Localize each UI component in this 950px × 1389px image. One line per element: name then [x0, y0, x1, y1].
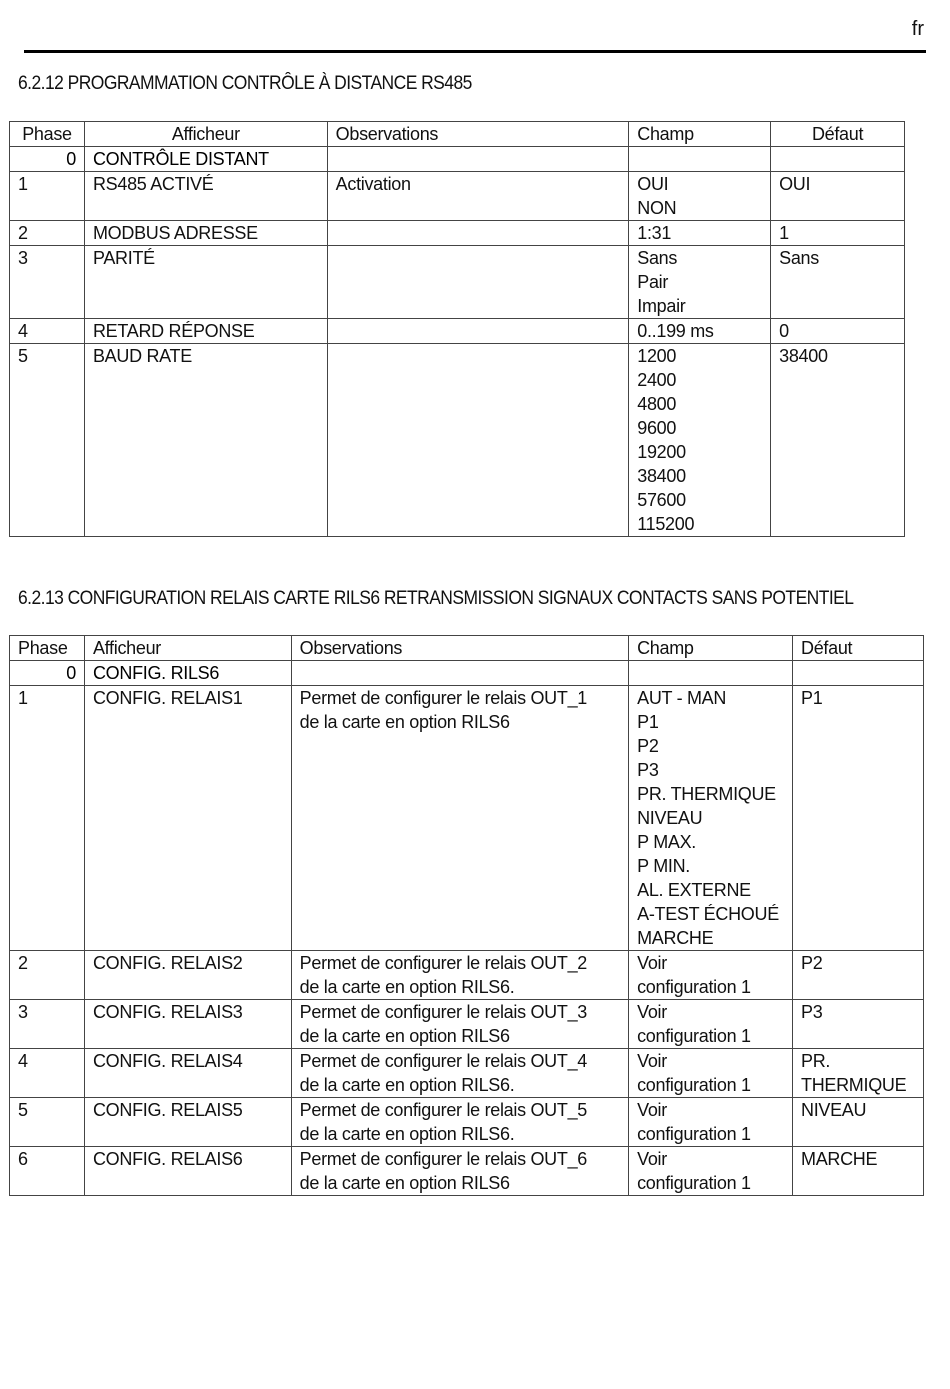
section-title-rils6: 6.2.13 CONFIGURATION RELAIS CARTE RILS6 …	[18, 588, 853, 610]
table-row: 2MODBUS ADRESSE1:311	[10, 221, 905, 246]
cell-champ	[629, 147, 771, 172]
cell-champ: SansPairImpair	[629, 246, 771, 319]
cell-line: de la carte en option RILS6.	[300, 1073, 620, 1097]
cell-line: Permet de configurer le relais OUT_4	[300, 1049, 620, 1073]
cell-line: 9600	[637, 416, 762, 440]
cell-line: 57600	[637, 488, 762, 512]
cell-champ: 1:31	[629, 221, 771, 246]
cell-line: configuration 1	[637, 1122, 784, 1146]
cell-line: 1:31	[637, 221, 762, 245]
cell-line: Permet de configurer le relais OUT_2	[300, 951, 620, 975]
cell-defaut: OUI	[771, 172, 905, 221]
cell-line: Sans	[779, 246, 896, 270]
cell-phase: 1	[10, 686, 85, 951]
cell-line: PR.	[801, 1049, 915, 1073]
cell-afficheur: CONFIG. RELAIS5	[84, 1098, 291, 1147]
cell-line: 2400	[637, 368, 762, 392]
cell-phase: 4	[10, 1049, 85, 1098]
cell-champ: AUT - MANP1P2P3PR. THERMIQUENIVEAUP MAX.…	[629, 686, 793, 951]
header-defaut: Défaut	[793, 636, 924, 661]
cell-line: 1200	[637, 344, 762, 368]
cell-line: P1	[637, 710, 784, 734]
cell-observations	[327, 344, 629, 537]
cell-observations: Permet de configurer le relais OUT_6de l…	[291, 1147, 628, 1196]
table-row: 4CONFIG. RELAIS4Permet de configurer le …	[10, 1049, 924, 1098]
cell-line: A-TEST ÉCHOUÉ	[637, 902, 784, 926]
section-title-rs485: 6.2.12 PROGRAMMATION CONTRÔLE À DISTANCE…	[18, 73, 472, 95]
header-afficheur: Afficheur	[84, 636, 291, 661]
cell-line: P MAX.	[637, 830, 784, 854]
cell-defaut: NIVEAU	[793, 1098, 924, 1147]
header-observations: Observations	[327, 122, 629, 147]
cell-line: 1	[779, 221, 896, 245]
cell-defaut	[771, 147, 905, 172]
cell-champ: Voirconfiguration 1	[629, 1049, 793, 1098]
cell-phase: 0	[10, 147, 85, 172]
cell-observations: Permet de configurer le relais OUT_5de l…	[291, 1098, 628, 1147]
header-observations: Observations	[291, 636, 628, 661]
cell-line: de la carte en option RILS6	[300, 710, 620, 734]
cell-champ: Voirconfiguration 1	[629, 951, 793, 1000]
cell-line: AL. EXTERNE	[637, 878, 784, 902]
cell-line: Impair	[637, 294, 762, 318]
cell-line: Sans	[637, 246, 762, 270]
cell-phase: 5	[10, 344, 85, 537]
cell-defaut: P3	[793, 1000, 924, 1049]
cell-defaut: MARCHE	[793, 1147, 924, 1196]
cell-champ: 1200240048009600192003840057600115200	[629, 344, 771, 537]
cell-line: configuration 1	[637, 1073, 784, 1097]
cell-line: THERMIQUE	[801, 1073, 915, 1097]
header-afficheur: Afficheur	[84, 122, 327, 147]
cell-afficheur: CONFIG. RELAIS2	[84, 951, 291, 1000]
cell-line: 38400	[779, 344, 896, 368]
cell-line: P2	[801, 951, 915, 975]
table-row: 1RS485 ACTIVÉActivationOUINONOUI	[10, 172, 905, 221]
table-row: 0CONTRÔLE DISTANT	[10, 147, 905, 172]
cell-line: P2	[637, 734, 784, 758]
cell-afficheur: CONFIG. RELAIS3	[84, 1000, 291, 1049]
cell-observations	[327, 246, 629, 319]
cell-afficheur: RETARD RÉPONSE	[84, 319, 327, 344]
cell-observations: Permet de configurer le relais OUT_1de l…	[291, 686, 628, 951]
cell-defaut: 1	[771, 221, 905, 246]
cell-champ: Voirconfiguration 1	[629, 1098, 793, 1147]
cell-line: Voir	[637, 1000, 784, 1024]
cell-afficheur: CONFIG. RELAIS4	[84, 1049, 291, 1098]
table-header-row: Phase Afficheur Observations Champ Défau…	[10, 122, 905, 147]
cell-line: de la carte en option RILS6	[300, 1024, 620, 1048]
cell-line: configuration 1	[637, 975, 784, 999]
cell-afficheur: CONFIG. RELAIS6	[84, 1147, 291, 1196]
table-row: 0CONFIG. RILS6	[10, 661, 924, 686]
cell-line: Permet de configurer le relais OUT_1	[300, 686, 620, 710]
cell-afficheur: CONFIG. RILS6	[84, 661, 291, 686]
cell-phase: 3	[10, 1000, 85, 1049]
cell-line: Permet de configurer le relais OUT_3	[300, 1000, 620, 1024]
cell-observations	[327, 221, 629, 246]
cell-line: 19200	[637, 440, 762, 464]
table-row: 6CONFIG. RELAIS6Permet de configurer le …	[10, 1147, 924, 1196]
cell-line: de la carte en option RILS6.	[300, 975, 620, 999]
header-champ: Champ	[629, 636, 793, 661]
cell-phase: 6	[10, 1147, 85, 1196]
cell-defaut: Sans	[771, 246, 905, 319]
cell-line: P MIN.	[637, 854, 784, 878]
cell-observations	[327, 319, 629, 344]
cell-champ: Voirconfiguration 1	[629, 1000, 793, 1049]
cell-defaut: 38400	[771, 344, 905, 537]
cell-line: 0	[779, 319, 896, 343]
cell-line: 4800	[637, 392, 762, 416]
cell-line: NIVEAU	[801, 1098, 915, 1122]
cell-line: 115200	[637, 512, 762, 536]
cell-line: configuration 1	[637, 1024, 784, 1048]
cell-line: Pair	[637, 270, 762, 294]
cell-observations: Permet de configurer le relais OUT_2de l…	[291, 951, 628, 1000]
cell-defaut	[793, 661, 924, 686]
cell-observations: Permet de configurer le relais OUT_4de l…	[291, 1049, 628, 1098]
cell-afficheur: BAUD RATE	[84, 344, 327, 537]
cell-champ: OUINON	[629, 172, 771, 221]
cell-line: Voir	[637, 1098, 784, 1122]
cell-phase: 4	[10, 319, 85, 344]
table-row: 5BAUD RATE120024004800960019200384005760…	[10, 344, 905, 537]
cell-line: de la carte en option RILS6.	[300, 1122, 620, 1146]
cell-afficheur: PARITÉ	[84, 246, 327, 319]
cell-line: de la carte en option RILS6	[300, 1171, 620, 1195]
cell-line: MARCHE	[637, 926, 784, 950]
header-rule	[24, 50, 926, 53]
cell-line: configuration 1	[637, 1171, 784, 1195]
table-row: 3PARITÉSansPairImpairSans	[10, 246, 905, 319]
cell-line: Voir	[637, 951, 784, 975]
cell-observations: Activation	[327, 172, 629, 221]
cell-afficheur: CONFIG. RELAIS1	[84, 686, 291, 951]
cell-line: OUI	[637, 172, 762, 196]
cell-line: Voir	[637, 1049, 784, 1073]
cell-afficheur: CONTRÔLE DISTANT	[84, 147, 327, 172]
table-row: 5CONFIG. RELAIS5Permet de configurer le …	[10, 1098, 924, 1147]
table-header-row: Phase Afficheur Observations Champ Défau…	[10, 636, 924, 661]
header-phase: Phase	[10, 636, 85, 661]
rs485-table: Phase Afficheur Observations Champ Défau…	[9, 121, 905, 537]
cell-line: MARCHE	[801, 1147, 915, 1171]
cell-champ: Voirconfiguration 1	[629, 1147, 793, 1196]
language-label: fr	[912, 18, 924, 41]
cell-defaut: P2	[793, 951, 924, 1000]
cell-observations	[291, 661, 628, 686]
cell-line: OUI	[779, 172, 896, 196]
cell-line: NON	[637, 196, 762, 220]
cell-line: Voir	[637, 1147, 784, 1171]
cell-afficheur: RS485 ACTIVÉ	[84, 172, 327, 221]
rils6-table: Phase Afficheur Observations Champ Défau…	[9, 635, 924, 1196]
cell-afficheur: MODBUS ADRESSE	[84, 221, 327, 246]
cell-line: P3	[637, 758, 784, 782]
table-row: 2CONFIG. RELAIS2Permet de configurer le …	[10, 951, 924, 1000]
cell-line: NIVEAU	[637, 806, 784, 830]
cell-champ	[629, 661, 793, 686]
header-champ: Champ	[629, 122, 771, 147]
cell-line: 0..199 ms	[637, 319, 762, 343]
cell-phase: 3	[10, 246, 85, 319]
cell-phase: 0	[10, 661, 85, 686]
table-row: 3CONFIG. RELAIS3Permet de configurer le …	[10, 1000, 924, 1049]
cell-observations: Permet de configurer le relais OUT_3de l…	[291, 1000, 628, 1049]
cell-phase: 2	[10, 951, 85, 1000]
cell-champ: 0..199 ms	[629, 319, 771, 344]
cell-line: AUT - MAN	[637, 686, 784, 710]
cell-line: P3	[801, 1000, 915, 1024]
cell-defaut: P1	[793, 686, 924, 951]
cell-phase: 1	[10, 172, 85, 221]
cell-observations	[327, 147, 629, 172]
cell-line: P1	[801, 686, 915, 710]
cell-line: 38400	[637, 464, 762, 488]
cell-phase: 2	[10, 221, 85, 246]
header-phase: Phase	[10, 122, 85, 147]
cell-defaut: PR.THERMIQUE	[793, 1049, 924, 1098]
cell-defaut: 0	[771, 319, 905, 344]
header-defaut: Défaut	[771, 122, 905, 147]
cell-line: Permet de configurer le relais OUT_5	[300, 1098, 620, 1122]
table-row: 1CONFIG. RELAIS1Permet de configurer le …	[10, 686, 924, 951]
table-row: 4RETARD RÉPONSE0..199 ms0	[10, 319, 905, 344]
cell-line: PR. THERMIQUE	[637, 782, 784, 806]
cell-phase: 5	[10, 1098, 85, 1147]
cell-line: Permet de configurer le relais OUT_6	[300, 1147, 620, 1171]
